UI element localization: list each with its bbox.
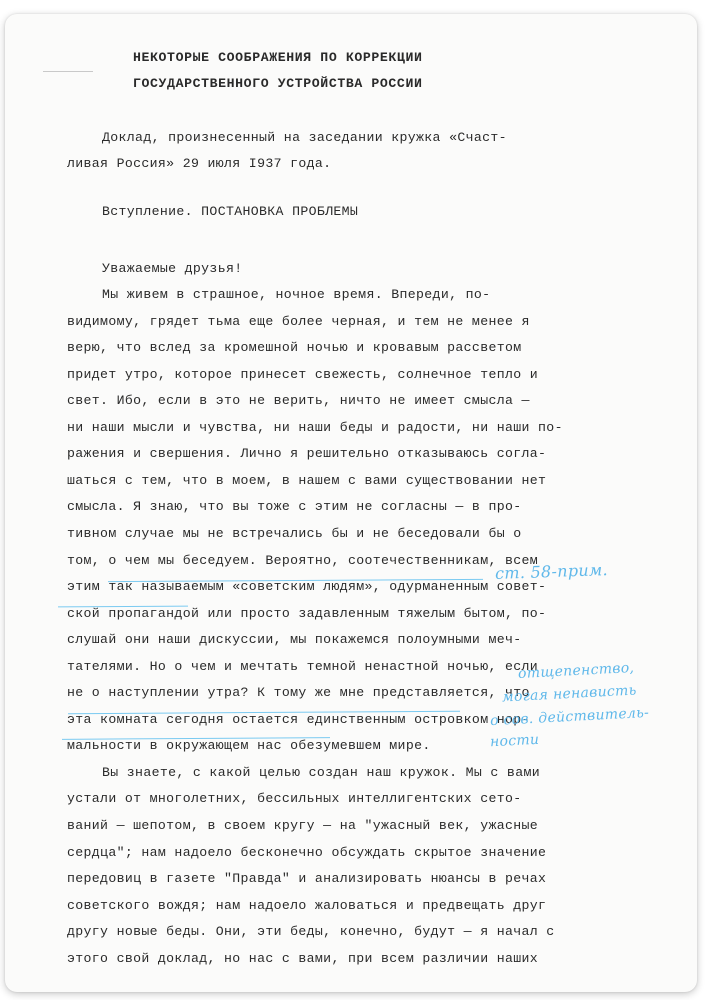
body-line: верю, что вслед за кромешной ночью и кро… (67, 340, 522, 355)
body-line: Мы живем в страшное, ночное время. Впере… (102, 287, 490, 302)
document-title-line-2: ГОСУДАРСТВЕННОГО УСТРОЙСТВА РОССИИ (133, 76, 422, 91)
body-line: Вы знаете, с какой целью создан наш круж… (102, 765, 540, 780)
body-line: ражения и свершения. Лично я решительно … (67, 446, 546, 461)
body-line: том, о чем мы беседуем. Вероятно, соотеч… (67, 553, 538, 568)
body-line: устали от многолетних, бессильных интелл… (67, 791, 522, 806)
document-title-line-1: НЕКОТОРЫЕ СООБРАЖЕНИЯ ПО КОРРЕКЦИИ (133, 50, 422, 65)
body-line: свет. Ибо, если в это не верить, ничто н… (67, 393, 530, 408)
subtitle-line-1: Доклад, произнесенный на заседании кружк… (102, 130, 507, 145)
body-line: другу новые беды. Они, эти беды, конечно… (67, 924, 555, 939)
body-line: придет утро, которое принесет свежесть, … (67, 367, 538, 382)
body-line: советского вождя; нам надоело жаловаться… (67, 898, 546, 913)
body-line: ваний — шепотом, в своем кругу — на "ужа… (67, 818, 538, 833)
margin-note-article-58: ст. 58-прим. (495, 560, 608, 583)
body-line: смысла. Я знаю, что вы тоже с этим не со… (67, 499, 522, 514)
body-line: слушай они наши дискуссии, мы покажемся … (67, 632, 522, 647)
body-line: этого свой доклад, но нас с вами, при вс… (67, 951, 538, 966)
body-line: видимому, грядет тьма еще более черная, … (67, 314, 530, 329)
paper-mark (43, 71, 93, 72)
body-line: не о наступлении утра? К тому же мне пре… (67, 685, 530, 700)
body-line: передовиц в газете "Правда" и анализиров… (67, 871, 546, 886)
body-line: тивном случае мы не встречались бы и не … (67, 526, 522, 541)
section-heading: Вступление. ПОСТАНОВКА ПРОБЛЕМЫ (102, 204, 358, 219)
subtitle-line-2: ливая Россия» 29 июля I937 года. (67, 156, 331, 171)
body-line: тателями. Но о чем и мечтать темной нена… (67, 659, 538, 674)
body-line: ской пропагандой или просто задавленным … (67, 606, 546, 621)
body-line: ни наши мысли и чувства, ни наши беды и … (67, 420, 563, 435)
margin-note-line-4: ности (490, 732, 540, 751)
body-line: мальности в окружающем нас обезумевшем м… (67, 738, 431, 753)
body-line: шаться с тем, что в моем, в нашем с вами… (67, 473, 546, 488)
body-line: сердца"; нам надоело бесконечно обсуждат… (67, 845, 546, 860)
salutation: Уважаемые друзья! (102, 261, 242, 276)
body-line: эта комната сегодня остается единственны… (67, 712, 530, 727)
